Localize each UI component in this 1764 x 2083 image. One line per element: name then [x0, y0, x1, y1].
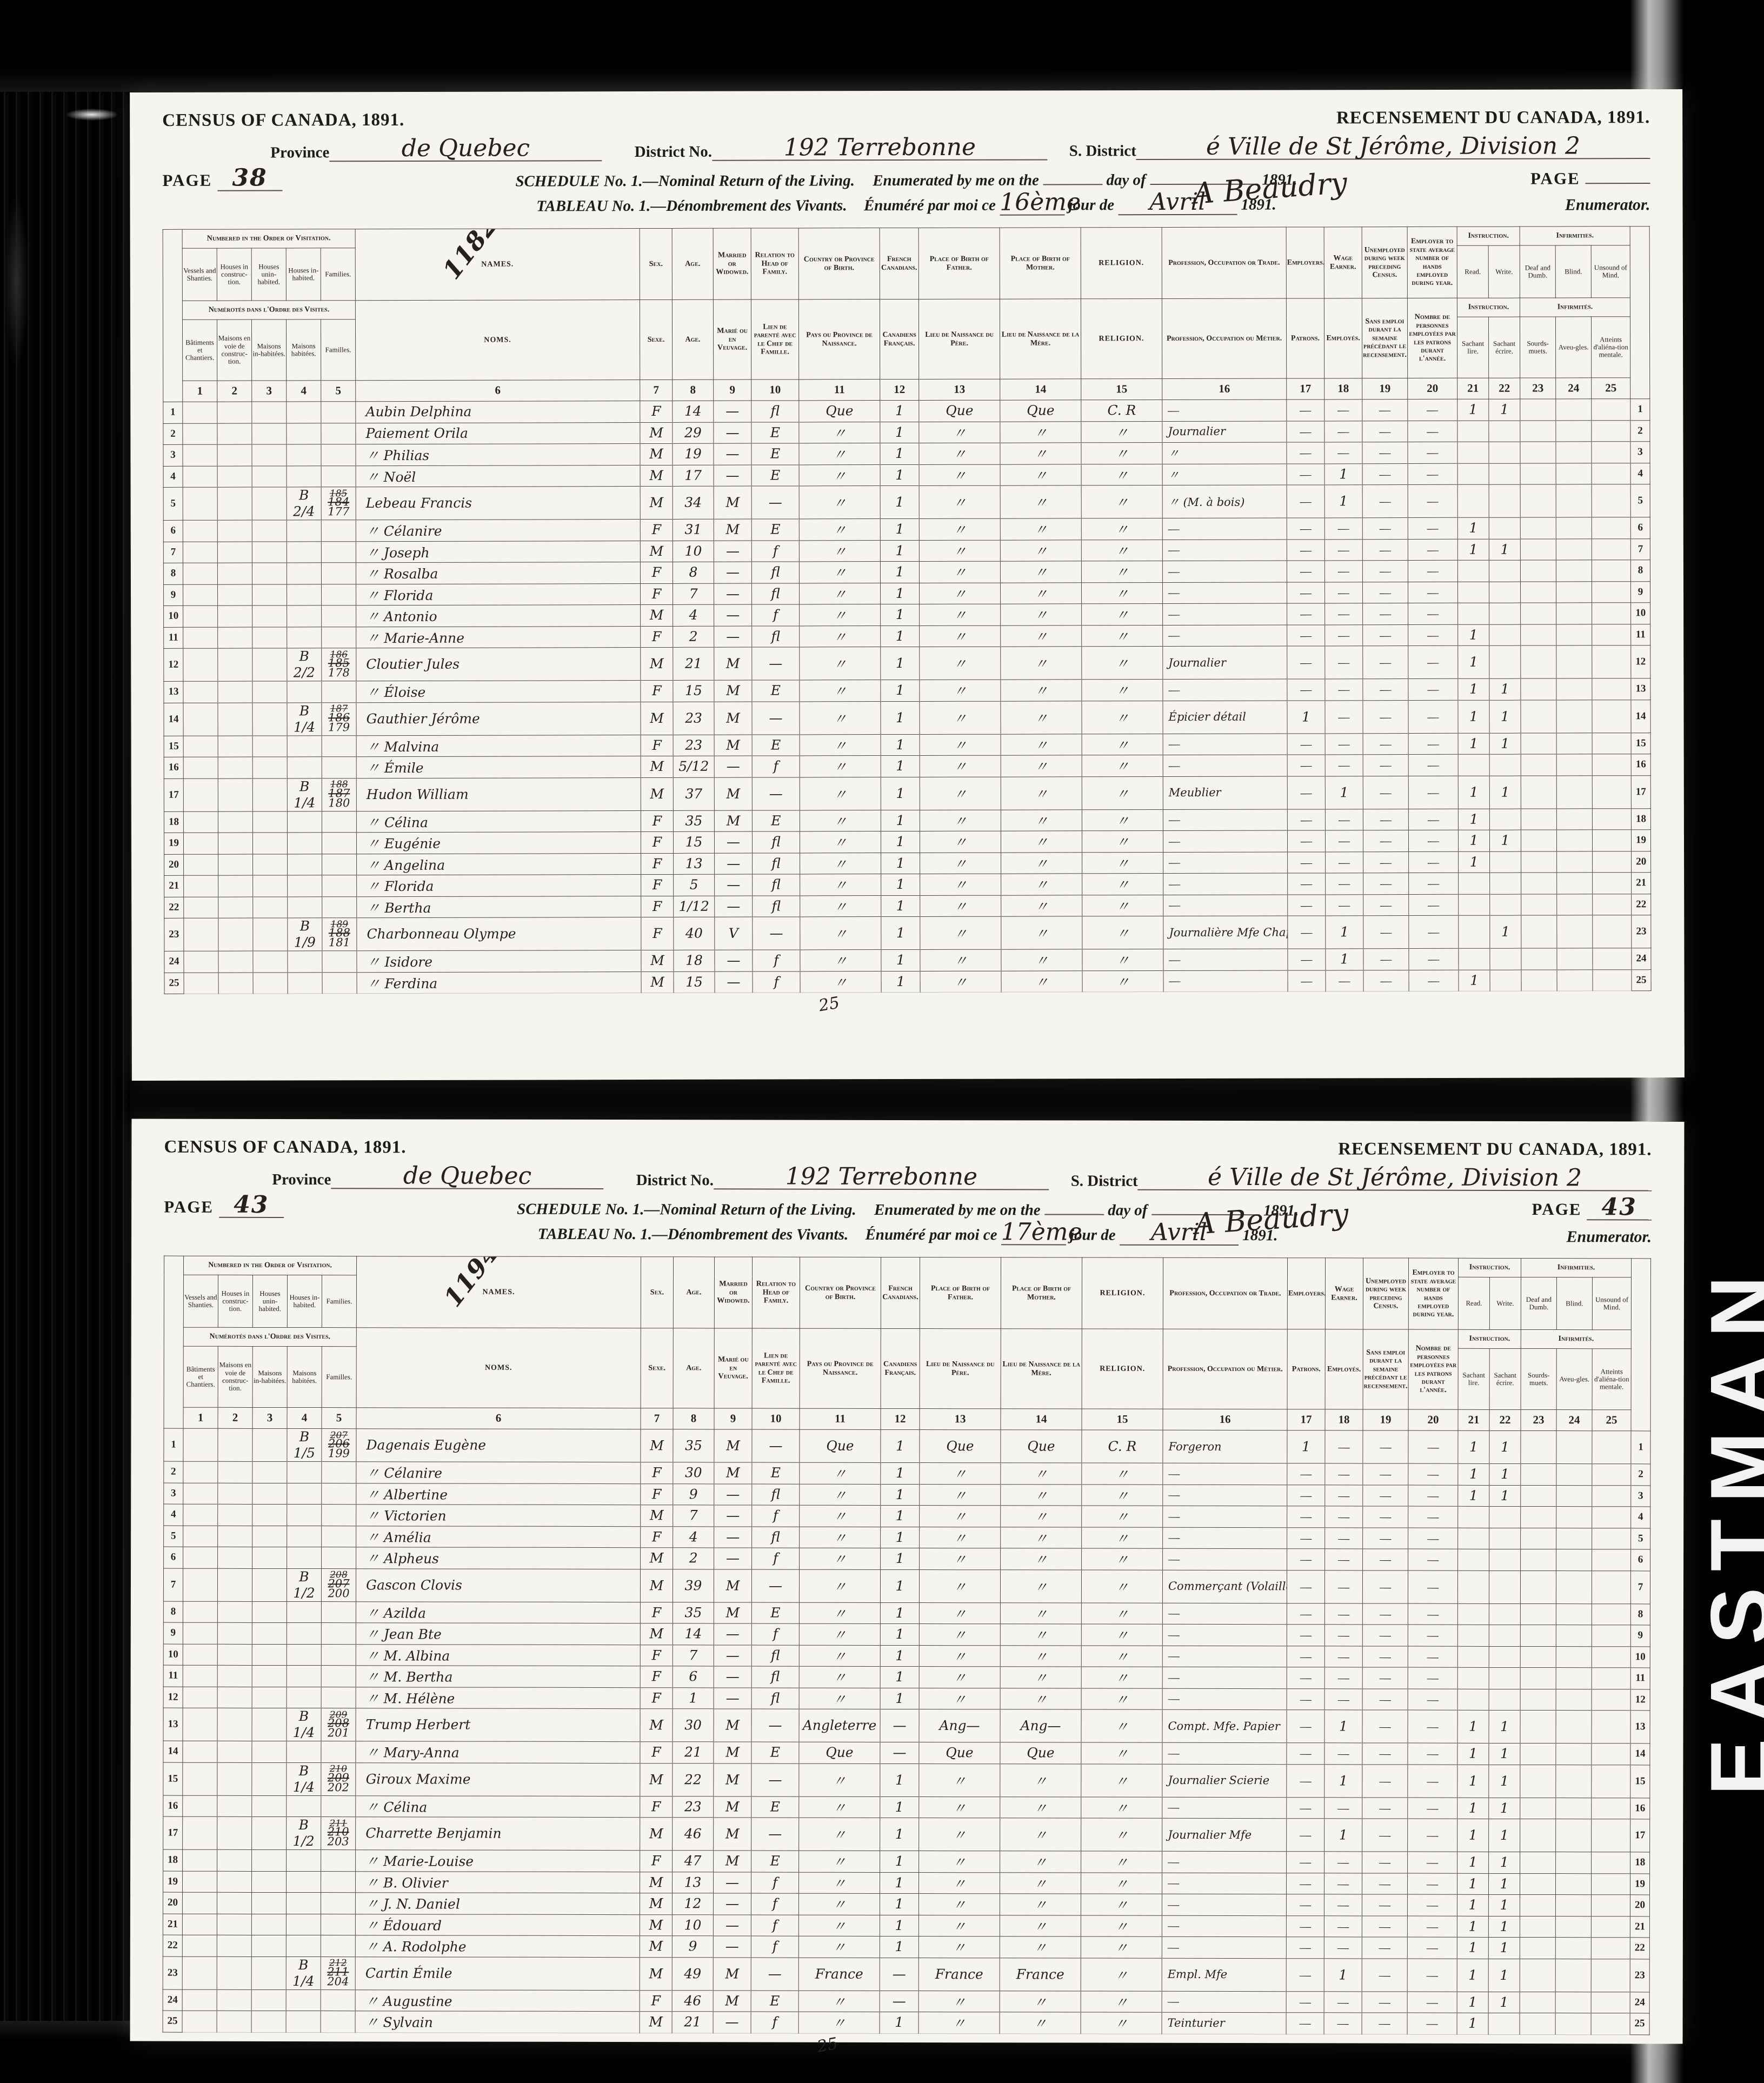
row-number-left: 8 [163, 1601, 183, 1623]
empty-cell [252, 1687, 287, 1708]
write-cell [1489, 484, 1520, 517]
census-row: 4〃 NoëlM17—E〃1〃〃〃〃—1——4 [163, 463, 1650, 487]
write-cell [1489, 560, 1520, 582]
married-widowed-cell: — [715, 971, 753, 993]
unemployed-cell: — [1362, 1873, 1408, 1894]
profession-cell: — [1163, 809, 1287, 831]
family-number [321, 423, 356, 444]
col-25-fr: Atteints d'aliéna-tion mentale. [1592, 1349, 1631, 1410]
religion-cell: 〃 [1082, 582, 1163, 604]
empty-cell [184, 875, 218, 897]
hands-employed-cell: — [1408, 830, 1458, 851]
census-row: 24〃 IsidoreM18—f〃1〃〃〃——1——24 [164, 948, 1651, 973]
relation-cell: — [752, 777, 800, 810]
row-number-left: 15 [164, 736, 183, 757]
blind-cell [1556, 1646, 1592, 1668]
empty-cell [183, 402, 217, 423]
french-canadian-cell: 1 [880, 518, 919, 540]
census-row: 22〃 A. RodolpheM9—f〃1〃〃〃—————1122 [163, 1935, 1649, 1959]
employers-cell: — [1287, 442, 1324, 464]
houses-inhabited-mark: B 1/4 [287, 702, 322, 735]
employers-cell: — [1286, 2013, 1324, 2034]
employers-cell: — [1287, 1797, 1324, 1819]
age-cell: 2 [673, 1548, 714, 1569]
relation-cell: fl [751, 1645, 799, 1666]
empty-cell [252, 1708, 287, 1741]
census-row: 16〃 ÉmileM5/12—f〃1〃〃〃—————16 [164, 754, 1650, 778]
profession-cell: — [1163, 582, 1287, 604]
row-number-left: 5 [164, 1526, 183, 1547]
column-number-19: 19 [1363, 1409, 1408, 1430]
col-12-fr: Canadiens Français. [880, 299, 918, 379]
houses-inhabited-mark: B 1/2 [287, 1568, 321, 1601]
col-1-en: Vessels and Shanties. [182, 248, 217, 301]
profession-cell: — [1162, 1742, 1287, 1764]
col-3-fr: Maisons in-habitées. [251, 320, 286, 381]
empty-cell [183, 444, 217, 466]
unsound-mind-cell [1593, 948, 1632, 970]
mother-birth-cell: 〃 [1001, 874, 1082, 895]
relation-cell: fl [753, 853, 800, 874]
houses-inhabited-mark [287, 627, 322, 648]
row-number-right: 23 [1632, 915, 1651, 948]
sex-cell: M [641, 604, 673, 626]
read-cell: 1 [1458, 776, 1489, 809]
religion-cell: 〃 [1081, 2012, 1162, 2034]
write-cell [1489, 603, 1521, 624]
empty-cell [252, 1622, 287, 1644]
age-cell: 46 [672, 1990, 713, 2012]
deaf-dumb-cell [1521, 894, 1557, 915]
employers-cell: — [1287, 830, 1325, 852]
mother-birth-cell: 〃 [1000, 1991, 1081, 2012]
sex-cell: F [641, 1462, 673, 1484]
name-cell: 〃 Émile [356, 756, 641, 778]
profession-cell: Journalier [1162, 421, 1287, 443]
row-number-left: 4 [164, 1504, 183, 1526]
row-number-left: 7 [163, 1568, 183, 1601]
unsound-mind-cell [1591, 1938, 1630, 1959]
blind-cell [1556, 1528, 1592, 1549]
empty-cell [218, 951, 253, 973]
instruction-group-en: Instruction. [1457, 227, 1520, 245]
blind-cell [1555, 1959, 1591, 1992]
sex-cell: F [641, 874, 674, 896]
birth-country-cell: 〃 [799, 1645, 880, 1667]
row-number-left: 23 [164, 918, 184, 951]
empty-cell [183, 1547, 218, 1568]
father-birth-cell: 〃 [919, 1763, 1000, 1796]
name-cell: 〃 Albertine [356, 1483, 641, 1505]
row-number-left: 19 [164, 833, 183, 854]
french-canadian-cell: 1 [880, 443, 919, 464]
hands-employed-cell: — [1408, 1819, 1457, 1852]
empty-cell [217, 1622, 252, 1644]
deaf-dumb-cell [1520, 1894, 1555, 1916]
age-cell: 35 [673, 1429, 714, 1462]
row-number-right: 3 [1631, 1485, 1650, 1507]
father-birth-cell: Que [919, 1742, 1000, 1764]
write-cell: 1 [1489, 399, 1520, 421]
read-cell: 1 [1459, 851, 1490, 873]
row-number-right: 15 [1630, 1765, 1650, 1798]
col-23-fr: Sourds-muets. [1521, 1348, 1556, 1409]
unsound-mind-cell [1592, 1570, 1630, 1603]
empty-cell [251, 1956, 286, 1989]
empty-cell [218, 778, 252, 811]
age-cell: 15 [673, 680, 714, 702]
french-canadian-cell: 1 [881, 831, 920, 853]
houses-inhabited-mark [288, 875, 322, 897]
col-21-en: Read. [1458, 1277, 1489, 1329]
name-cell: Cloutier Jules [356, 648, 641, 681]
unemployed-cell: — [1362, 1688, 1408, 1710]
row-number-header [1630, 227, 1650, 399]
french-canadian-cell: 1 [881, 777, 920, 810]
row-number-left: 16 [163, 1795, 183, 1817]
married-widowed-cell: M [714, 1709, 751, 1742]
empty-cell [183, 757, 218, 778]
empty-cell [253, 972, 288, 994]
unemployed-cell: — [1362, 1646, 1408, 1667]
blind-cell [1557, 969, 1593, 991]
col-9-fr: Marié ou en Veuvage. [713, 300, 751, 380]
province-value: de Quebec [402, 134, 530, 162]
row-number-right: 20 [1632, 851, 1651, 873]
married-widowed-cell: M [714, 1851, 751, 1872]
age-cell: 7 [673, 583, 714, 605]
col-3-en: Houses unin-habited. [252, 1275, 287, 1327]
father-birth-cell: 〃 [920, 777, 1001, 810]
french-canadian-cell: 1 [881, 810, 920, 831]
name-cell: Gascon Clovis [356, 1568, 640, 1602]
father-birth-cell: 〃 [920, 604, 1001, 625]
row-number-left: 19 [163, 1871, 182, 1893]
employers-cell: — [1287, 561, 1324, 582]
census-row: 13B 1/4209208201Trump HerbertM30M—Anglet… [163, 1708, 1650, 1743]
age-cell: 31 [673, 519, 714, 541]
write-cell: 1 [1489, 678, 1521, 700]
houses-inhabited-mark [287, 811, 322, 833]
religion-cell: 〃 [1081, 443, 1162, 464]
birth-country-cell: 〃 [800, 1505, 881, 1527]
unemployed-cell: — [1362, 561, 1408, 582]
col-13-fr: Lieu de Naissance du Père. [920, 1329, 1001, 1409]
deaf-dumb-cell [1521, 969, 1557, 991]
mother-birth-cell: 〃 [1000, 443, 1081, 464]
profession-cell: — [1162, 1688, 1287, 1710]
age-cell: 1/12 [674, 896, 715, 917]
column-number-1: 1 [183, 1407, 218, 1428]
unemployed-cell: — [1363, 603, 1408, 625]
read-cell: 1 [1457, 1852, 1489, 1873]
unsound-mind-cell [1592, 1819, 1630, 1852]
french-canadian-cell: 1 [880, 1688, 919, 1709]
religion-cell: 〃 [1082, 755, 1163, 777]
family-number [322, 875, 357, 897]
married-widowed-cell: — [714, 465, 751, 487]
read-cell [1457, 463, 1489, 485]
row-number-left: 11 [164, 627, 183, 649]
schedule-title-fr: TABLEAU No. 1.—Dénombrement des Vivants. [536, 197, 847, 215]
wage-earner-cell: — [1326, 873, 1363, 895]
sex-cell: F [640, 1851, 673, 1872]
name-cell: 〃 Alpheus [356, 1547, 641, 1569]
blind-cell [1556, 775, 1592, 808]
blind-cell [1555, 2013, 1591, 2035]
religion-cell: 〃 [1082, 895, 1163, 916]
mother-birth-cell: 〃 [1001, 949, 1082, 971]
census-schedule-table: Numbered in the Order of Visitation.NAME… [163, 1256, 1652, 2035]
married-widowed-cell: M [714, 1429, 752, 1462]
unsound-mind-cell [1592, 1711, 1630, 1743]
empty-cell [218, 736, 252, 757]
houses-inhabited-mark [287, 402, 321, 423]
row-number-header [163, 229, 183, 402]
sex-cell: M [640, 2012, 672, 2033]
empty-cell [218, 918, 253, 951]
col-5-en: Families. [321, 248, 355, 301]
hands-employed-cell: — [1408, 1506, 1458, 1528]
mother-birth-cell: 〃 [1000, 1624, 1081, 1646]
row-number-right: 21 [1632, 873, 1651, 894]
age-cell: 10 [672, 1914, 713, 1936]
mother-birth-cell: 〃 [1000, 464, 1081, 485]
mother-birth-cell: 〃 [1000, 540, 1081, 561]
family-number [321, 1644, 356, 1666]
census-row: 14B 1/4187186179Gauthier JérômeM23M—〃1〃〃… [164, 700, 1650, 736]
write-cell: 1 [1489, 1765, 1520, 1798]
employers-cell: — [1288, 894, 1326, 916]
father-birth-cell: 〃 [920, 874, 1001, 895]
row-number-left: 12 [164, 648, 183, 681]
empty-cell [183, 1461, 218, 1483]
father-birth-cell: 〃 [920, 949, 1001, 971]
birth-country-cell: 〃 [799, 1602, 880, 1624]
row-number-right: 12 [1630, 1689, 1650, 1711]
write-cell: 1 [1489, 1819, 1520, 1852]
hands-employed-cell: — [1407, 1894, 1457, 1916]
district-label: District No. [635, 143, 712, 161]
empty-cell [252, 833, 287, 854]
col-21-en: Read. [1457, 245, 1488, 298]
father-birth-cell: 〃 [920, 853, 1001, 874]
name-cell: 〃 Noël [356, 465, 640, 487]
employers-cell: — [1288, 916, 1326, 949]
wage-earner-cell: — [1326, 851, 1363, 873]
row-number-right: 11 [1630, 1668, 1650, 1689]
wage-earner-cell: — [1325, 679, 1363, 701]
relation-cell: — [752, 1429, 800, 1462]
employers-cell: — [1287, 1688, 1324, 1710]
empty-cell [182, 2011, 217, 2032]
religion-cell: 〃 [1081, 1894, 1162, 1915]
married-widowed-cell: — [715, 874, 753, 896]
empty-cell [251, 1914, 286, 1935]
row-number-right: 7 [1630, 1570, 1650, 1603]
district-value: 192 Terrebonne [786, 1163, 978, 1191]
married-widowed-cell: — [714, 1687, 751, 1709]
row-number-right: 3 [1630, 442, 1650, 463]
profession-cell: — [1162, 561, 1287, 582]
religion-cell: 〃 [1082, 604, 1163, 625]
relation-cell: f [752, 1548, 800, 1569]
col-20-fr: Nombre de personnes employées par les pa… [1408, 1329, 1458, 1409]
unsound-mind-cell [1592, 463, 1630, 484]
page-header: CENSUS OF CANADA, 1891. RECENSEMENT DU C… [164, 1119, 1652, 1247]
census-row: 4〃 VictorienM7—f〃1〃〃〃—————4 [164, 1504, 1650, 1528]
wage-earner-cell: — [1325, 1485, 1363, 1506]
age-cell: 4 [673, 1526, 714, 1548]
col-24-en: Blind. [1556, 1277, 1592, 1330]
census-row: 19〃 EugénieF15—fl〃1〃〃〃—————1119 [164, 830, 1650, 854]
row-number-left: 3 [164, 1483, 183, 1505]
mother-birth-cell: 〃 [1000, 485, 1081, 518]
col-23-en: Deaf and Dumb. [1521, 1277, 1556, 1329]
houses-inhabited-mark [287, 1526, 322, 1547]
unemployed-cell: — [1363, 894, 1409, 916]
wage-earner-cell: 1 [1324, 1710, 1362, 1743]
write-cell: 1 [1489, 1463, 1521, 1485]
married-widowed-cell: M [714, 647, 752, 680]
census-row: 1B 1/5207206199Dagenais EugèneM35M—Que1Q… [164, 1428, 1650, 1464]
married-widowed-cell: — [714, 1645, 751, 1666]
empty-cell [217, 520, 252, 542]
mother-birth-cell: 〃 [1000, 1602, 1081, 1624]
empty-cell [252, 1741, 287, 1762]
employers-cell: — [1287, 776, 1325, 809]
sex-cell: F [641, 1483, 673, 1505]
name-cell: 〃 Ferdina [357, 971, 641, 994]
unsound-mind-cell [1592, 581, 1631, 603]
col-6-fr: NOMS. [356, 1328, 641, 1408]
row-number-right: 24 [1632, 948, 1651, 970]
age-cell: 30 [673, 1462, 714, 1484]
col-19-en: Unemployed during week preceding Census. [1363, 1258, 1408, 1329]
column-number-2: 2 [218, 1407, 252, 1428]
row-number-right: 15 [1631, 733, 1650, 754]
married-widowed-cell: M [714, 810, 752, 832]
enumerated-en: Enumerated by me on the [873, 171, 1039, 189]
deaf-dumb-cell [1521, 1506, 1556, 1528]
row-number-right: 1 [1631, 1431, 1650, 1464]
row-number-right: 11 [1631, 624, 1650, 645]
profession-cell: Journalière Mfe Chap. [1163, 916, 1288, 949]
sex-cell: F [641, 896, 674, 917]
unemployed-cell: — [1363, 646, 1408, 679]
hands-employed-cell: — [1408, 1528, 1458, 1549]
write-cell [1489, 645, 1521, 678]
mother-birth-cell: 〃 [1001, 1527, 1082, 1548]
hands-employed-cell: — [1408, 539, 1457, 561]
sex-cell: M [641, 777, 673, 810]
name-cell: Hudon William [356, 777, 641, 811]
profession-cell: Empl. Mfe [1162, 1958, 1286, 1991]
birth-country-cell: 〃 [799, 1796, 880, 1818]
birth-country-cell: 〃 [800, 734, 881, 756]
col-10-en: Relation to Head of Family. [752, 1257, 800, 1328]
father-birth-cell: 〃 [919, 464, 1000, 486]
col-6-en: NAMES.11949 [356, 1256, 641, 1328]
empty-cell [252, 1547, 287, 1568]
row-number-right: 5 [1630, 484, 1650, 517]
unemployed-cell: — [1363, 700, 1408, 733]
unemployed-cell: — [1362, 1819, 1408, 1852]
col-18-en: Wage Earner. [1325, 1258, 1363, 1329]
age-cell: 10 [673, 541, 714, 562]
blind-cell [1556, 808, 1592, 830]
column-number-8: 8 [673, 380, 714, 401]
deaf-dumb-cell [1520, 420, 1556, 442]
col-2-en: Houses in construc-tion. [217, 248, 251, 301]
unsound-mind-cell [1592, 484, 1630, 517]
unemployed-cell: — [1363, 733, 1408, 755]
married-widowed-cell: — [714, 1872, 751, 1893]
empty-cell [253, 951, 288, 973]
religion-cell: 〃 [1082, 874, 1163, 895]
mother-birth-cell: France [1000, 1958, 1081, 1991]
birth-country-cell: 〃 [800, 756, 881, 777]
deaf-dumb-cell [1520, 1646, 1556, 1668]
row-number-right: 4 [1631, 1507, 1650, 1528]
unsound-mind-cell [1592, 399, 1630, 421]
enumerated-en: Enumerated by me on the [874, 1201, 1041, 1219]
empty-cell [183, 1665, 217, 1687]
deaf-dumb-cell [1521, 678, 1556, 700]
hands-employed-cell: — [1408, 1743, 1457, 1765]
blind-cell [1556, 1507, 1592, 1528]
blind-cell [1556, 1549, 1592, 1571]
religion-cell: 〃 [1082, 734, 1163, 755]
empty-cell [183, 1708, 217, 1741]
birth-country-cell: 〃 [800, 680, 881, 702]
age-cell: 14 [673, 401, 714, 422]
column-number-6: 6 [356, 1408, 641, 1429]
empty-cell [183, 1601, 217, 1623]
column-number-4: 4 [287, 1407, 322, 1428]
film-top-edge [0, 0, 1764, 92]
blind-cell [1556, 1625, 1592, 1647]
write-cell: 1 [1489, 1430, 1521, 1463]
empty-cell [252, 702, 287, 735]
family-number [321, 465, 356, 487]
census-row: 3〃 AlbertineF9—fl〃1〃〃〃—————113 [164, 1483, 1650, 1507]
father-birth-cell: 〃 [918, 1894, 1000, 1915]
col-2-fr: Maisons en voie de construc-tion. [217, 320, 251, 381]
row-number-left: 17 [163, 1816, 183, 1849]
age-cell: 9 [672, 1936, 713, 1958]
write-cell [1488, 2013, 1520, 2034]
mother-birth-cell: 〃 [1001, 701, 1082, 734]
married-widowed-cell: — [714, 604, 752, 626]
page-number: 38 [232, 164, 267, 191]
read-cell [1457, 560, 1489, 582]
deaf-dumb-cell [1521, 808, 1556, 830]
empty-cell [252, 1428, 287, 1461]
column-number-18: 18 [1324, 378, 1362, 400]
relation-cell: fl [753, 895, 800, 917]
father-birth-cell: 〃 [920, 701, 1001, 734]
unsound-mind-cell [1591, 1992, 1630, 2013]
birth-country-cell: 〃 [800, 1527, 881, 1548]
col-17-fr: Patrons. [1287, 1329, 1325, 1409]
empty-cell [217, 423, 252, 445]
age-cell: 13 [674, 853, 715, 875]
empty-cell [183, 466, 217, 488]
age-cell: 2 [673, 626, 714, 648]
married-widowed-cell: M [714, 1602, 751, 1623]
houses-inhabited-mark [287, 735, 322, 757]
